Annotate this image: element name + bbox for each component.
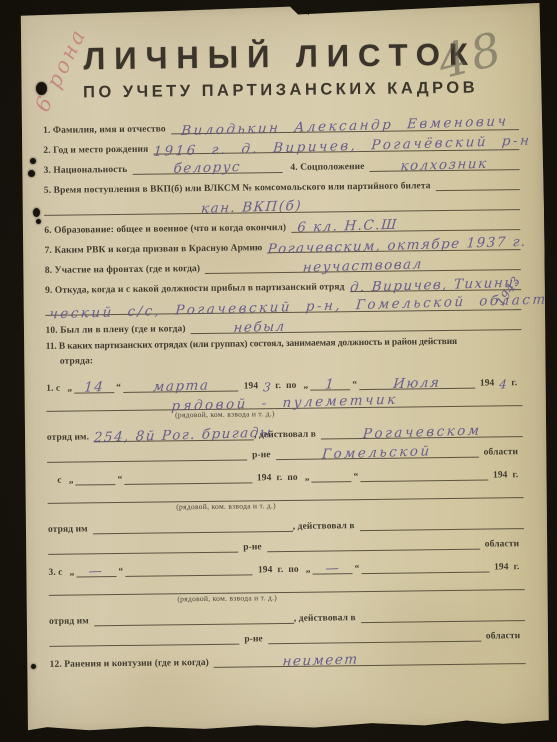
quote-close: “ xyxy=(115,475,124,485)
printed-year: 194 xyxy=(253,565,278,575)
quote-close: “ xyxy=(114,383,123,393)
printed-g: г. xyxy=(275,381,286,391)
printed-oblast: области xyxy=(479,447,524,458)
field-surname-label: 1. Фамилия, имя и отчество xyxy=(43,124,171,136)
printed-acted: , действовал в xyxy=(293,521,360,532)
printed-year: 194 xyxy=(475,378,500,388)
entry1-rne-value: Гомельской xyxy=(322,443,433,462)
entry1-day-to: 1 xyxy=(325,376,336,392)
position-hint: (рядовой, ком. взвода и т. д.) xyxy=(177,593,277,603)
entry1-num: 1. с xyxy=(46,384,65,394)
printed-year: 194 xyxy=(488,470,513,480)
printed-po: по xyxy=(287,473,303,483)
printed-year: 194 xyxy=(489,562,514,572)
paper-tear xyxy=(36,219,41,224)
field-captivity-label: 10. Был ли в плену (где и когда) xyxy=(45,324,190,336)
field-social-value: колхозник xyxy=(400,156,488,175)
entry2-num: с xyxy=(47,476,66,486)
printed-rne: р-не xyxy=(239,634,268,644)
field-wounds-value: неимеет xyxy=(282,651,359,669)
printed-otryad: отряд им xyxy=(48,524,93,535)
quote-open: „ xyxy=(68,568,77,578)
quote-open: „ xyxy=(67,476,76,486)
printed-oblast: области xyxy=(481,631,526,642)
printed-year: 194 xyxy=(239,381,264,391)
entry3-day-from: — xyxy=(88,563,104,579)
form-body: 1. Фамилия, имя и отчество Вилодькин Але… xyxy=(43,110,526,670)
section-11-header: 11. В каких партизанских отрядах (или гр… xyxy=(46,334,522,374)
field-birth-label: 2. Год и место рождения xyxy=(43,145,153,156)
field-nationality-label: 3. Национальность xyxy=(44,165,133,176)
paper-tear xyxy=(30,158,36,164)
printed-otryad: отряд им xyxy=(49,616,94,627)
form-content: ЛИЧНЫЙ ЛИСТОК ПО УЧЕТУ ПАРТИЗАНСКИХ КАДР… xyxy=(18,3,551,733)
printed-g: г. xyxy=(514,562,525,572)
printed-oblast: области xyxy=(480,539,525,550)
quote-close: “ xyxy=(352,472,361,482)
printed-g: г. xyxy=(512,470,523,480)
quote-close: “ xyxy=(353,564,362,574)
quote-open: „ xyxy=(304,565,313,575)
field-nationality-value: белорус xyxy=(173,159,242,177)
field-social-label: 4. Соцположение xyxy=(282,162,369,173)
entry3-day-to: — xyxy=(324,560,340,576)
paper-tear xyxy=(31,664,36,669)
field-fronts-label: 8. Участие на фронтах (где и когда) xyxy=(45,264,205,276)
printed-g: г. xyxy=(511,378,522,388)
field-party-value: кан. ВКП(б) xyxy=(201,198,303,217)
printed-po: по xyxy=(288,565,304,575)
printed-rne: р-не xyxy=(247,450,276,460)
quote-open: „ xyxy=(301,381,310,391)
printed-rne: р-не xyxy=(238,542,267,552)
quote-open: „ xyxy=(65,384,74,394)
quote-close: “ xyxy=(350,380,359,390)
printed-acted: , действовал в xyxy=(294,613,361,624)
hole-punch xyxy=(36,82,47,95)
paper-tear xyxy=(33,208,40,217)
document-paper: ЛИЧНЫЙ ЛИСТОК ПО УЧЕТУ ПАРТИЗАНСКИХ КАДР… xyxy=(18,3,551,733)
field-education-value: 6 кл. Н.С.Ш xyxy=(297,217,399,236)
entry3-num: 3. с xyxy=(48,568,67,578)
printed-po: по xyxy=(286,381,302,391)
field-wounds-label: 12. Ранения и контузии (где и когда) xyxy=(50,658,214,670)
field-captivity-value: небыл xyxy=(233,318,286,336)
printed-year: 194 xyxy=(252,473,277,483)
entry1-day-from: 14 xyxy=(84,379,105,396)
printed-g: г. xyxy=(277,565,288,575)
printed-otryad: отряд им. xyxy=(47,432,94,443)
position-hint: (рядовой, ком. взвода и т. д.) xyxy=(176,501,276,511)
quote-open: „ xyxy=(303,473,312,483)
quote-close: “ xyxy=(116,567,125,577)
printed-g: г. xyxy=(276,473,287,483)
paper-tear xyxy=(28,170,35,177)
